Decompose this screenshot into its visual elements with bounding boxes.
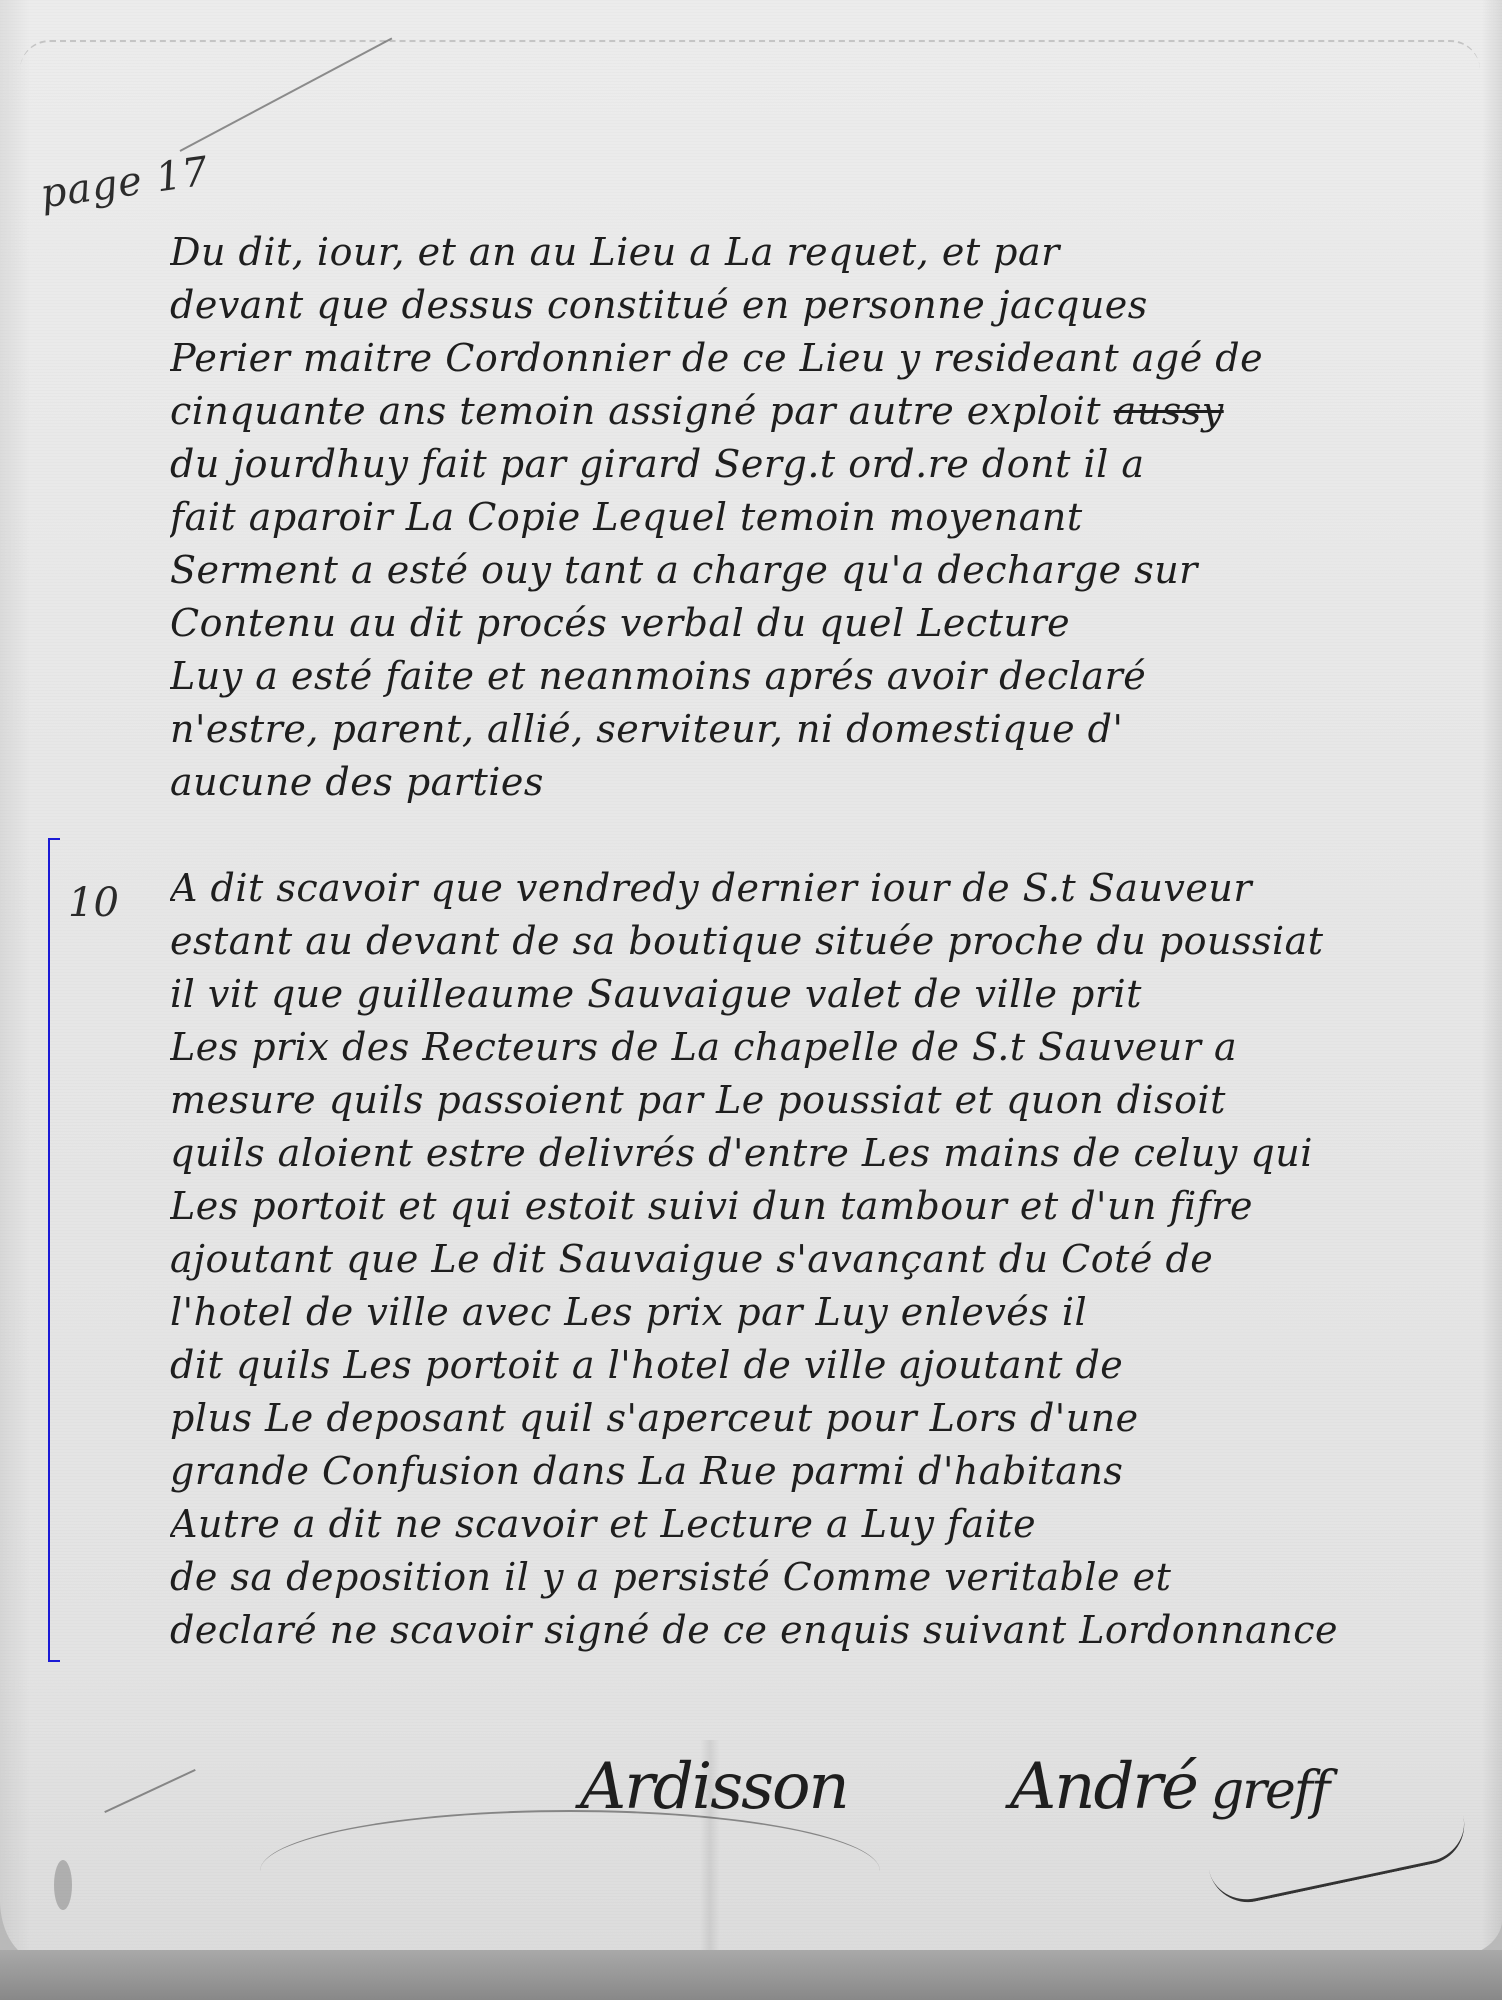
- text-line: cinquante ans temoin assigné par autre e…: [170, 389, 1101, 433]
- manuscript-page: page 17 Du dit, iour, et an au Lieu a La…: [0, 0, 1502, 1960]
- struck-word: aussy: [1114, 389, 1224, 433]
- text-line: Les prix des Recteurs de La chapelle de …: [170, 1021, 1430, 1074]
- text-line: n'estre, parent, allié, serviteur, ni do…: [170, 703, 1430, 756]
- text-line: devant que dessus constitué en personne …: [170, 279, 1430, 332]
- text-line: estant au devant de sa boutique située p…: [170, 915, 1430, 968]
- text-line: mesure quils passoient par Le poussiat e…: [170, 1074, 1430, 1127]
- page-number-label: page 17: [38, 148, 212, 217]
- torn-top-edge: [20, 40, 1480, 82]
- witness-number: 10: [68, 880, 119, 926]
- signature-clerk-title: greff: [1211, 1761, 1328, 1821]
- text-line: Luy a esté faite et neanmoins aprés avoi…: [170, 650, 1430, 703]
- text-line: Autre a dit ne scavoir et Lecture a Luy …: [170, 1498, 1430, 1551]
- paper-fold: [700, 1740, 720, 1960]
- text-line: plus Le deposant quil s'aperceut pour Lo…: [170, 1392, 1430, 1445]
- text-line: dit quils Les portoit a l'hotel de ville…: [170, 1339, 1430, 1392]
- pencil-mark: [104, 1769, 195, 1813]
- text-line: Du dit, iour, et an au Lieu a La requet,…: [170, 226, 1430, 279]
- ink-stain: [54, 1860, 72, 1910]
- text-line: du jourdhuy fait par girard Serg.t ord.r…: [170, 438, 1430, 491]
- text-line: Les portoit et qui estoit suivi dun tamb…: [170, 1180, 1430, 1233]
- text-line: ajoutant que Le dit Sauvaigue s'avançant…: [170, 1233, 1430, 1286]
- text-line: grande Confusion dans La Rue parmi d'hab…: [170, 1445, 1430, 1498]
- margin-bracket: [48, 838, 60, 1662]
- text-line: quils aloient estre delivrés d'entre Les…: [170, 1127, 1430, 1180]
- text-line: Contenu au dit procés verbal du quel Lec…: [170, 597, 1430, 650]
- deposition-paragraph: A dit scavoir que vendredy dernier iour …: [170, 862, 1430, 1657]
- signature-clerk: Andrégreff: [1010, 1750, 1328, 1824]
- text-line: fait aparoir La Copie Lequel temoin moye…: [170, 491, 1430, 544]
- text-line: de sa deposition il y a persisté Comme v…: [170, 1551, 1430, 1604]
- text-line: aucune des parties: [170, 756, 1430, 809]
- text-line: declaré ne scavoir signé de ce enquis su…: [170, 1604, 1430, 1657]
- preamble-paragraph: Du dit, iour, et an au Lieu a La requet,…: [170, 226, 1430, 809]
- pencil-arc-mark: [260, 1810, 880, 1932]
- text-line-with-strike: cinquante ans temoin assigné par autre e…: [170, 385, 1430, 438]
- text-line: Serment a esté ouy tant a charge qu'a de…: [170, 544, 1430, 597]
- text-line: l'hotel de ville avec Les prix par Luy e…: [170, 1286, 1430, 1339]
- text-line: A dit scavoir que vendredy dernier iour …: [170, 862, 1430, 915]
- signature-flourish: [1208, 1813, 1471, 1909]
- scanner-background: [0, 1950, 1502, 2000]
- text-line: Perier maitre Cordonnier de ce Lieu y re…: [170, 332, 1430, 385]
- signature-clerk-name: André: [1010, 1750, 1197, 1824]
- text-line: il vit que guilleaume Sauvaigue valet de…: [170, 968, 1430, 1021]
